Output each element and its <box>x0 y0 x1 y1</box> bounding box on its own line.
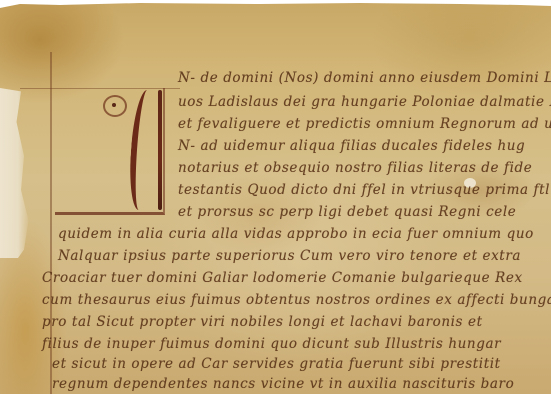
manuscript-photo: N- de domini (Nos) domini anno eiusdem D… <box>0 0 551 394</box>
text-line-13: filius de inuper fuimus domini quo dicun… <box>42 336 501 352</box>
text-line-12: pro tal Sicut propter viri nobiles longi… <box>42 314 483 330</box>
text-line-4: N- ad uidemur aliqua filias ducales fide… <box>178 138 525 154</box>
text-line-1: N- de domini (Nos) domini anno eiusdem D… <box>178 70 551 86</box>
text-line-7: et prorsus sc perp ligi debet quasi Regn… <box>178 204 516 220</box>
text-line-3: et fevaliguere et predictis omnium Regno… <box>178 116 551 132</box>
text-line-5: notarius et obsequio nostro filias liter… <box>178 160 532 176</box>
text-line-10: Croaciar tuer domini Galiar lodomerie Co… <box>42 270 523 286</box>
text-line-6: testantis Quod dicto dni ffel in vtriusq… <box>178 182 550 198</box>
text-line-8: quidem in alia curia alla vidas approbo … <box>58 226 534 242</box>
text-line-14: et sicut in opere ad Car servides gratia… <box>52 356 501 372</box>
manuscript-text-block: N- de domini (Nos) domini anno eiusdem D… <box>0 0 551 394</box>
text-line-11: cum thesaurus eius fuimus obtentus nostr… <box>42 292 551 308</box>
text-line-2: uos Ladislaus dei gra hungarie Poloniae … <box>178 94 551 110</box>
text-line-15: regnum dependentes nancs vicine vt in au… <box>52 376 514 392</box>
text-line-9: Nalquar ipsius parte superiorus Cum vero… <box>58 248 521 264</box>
